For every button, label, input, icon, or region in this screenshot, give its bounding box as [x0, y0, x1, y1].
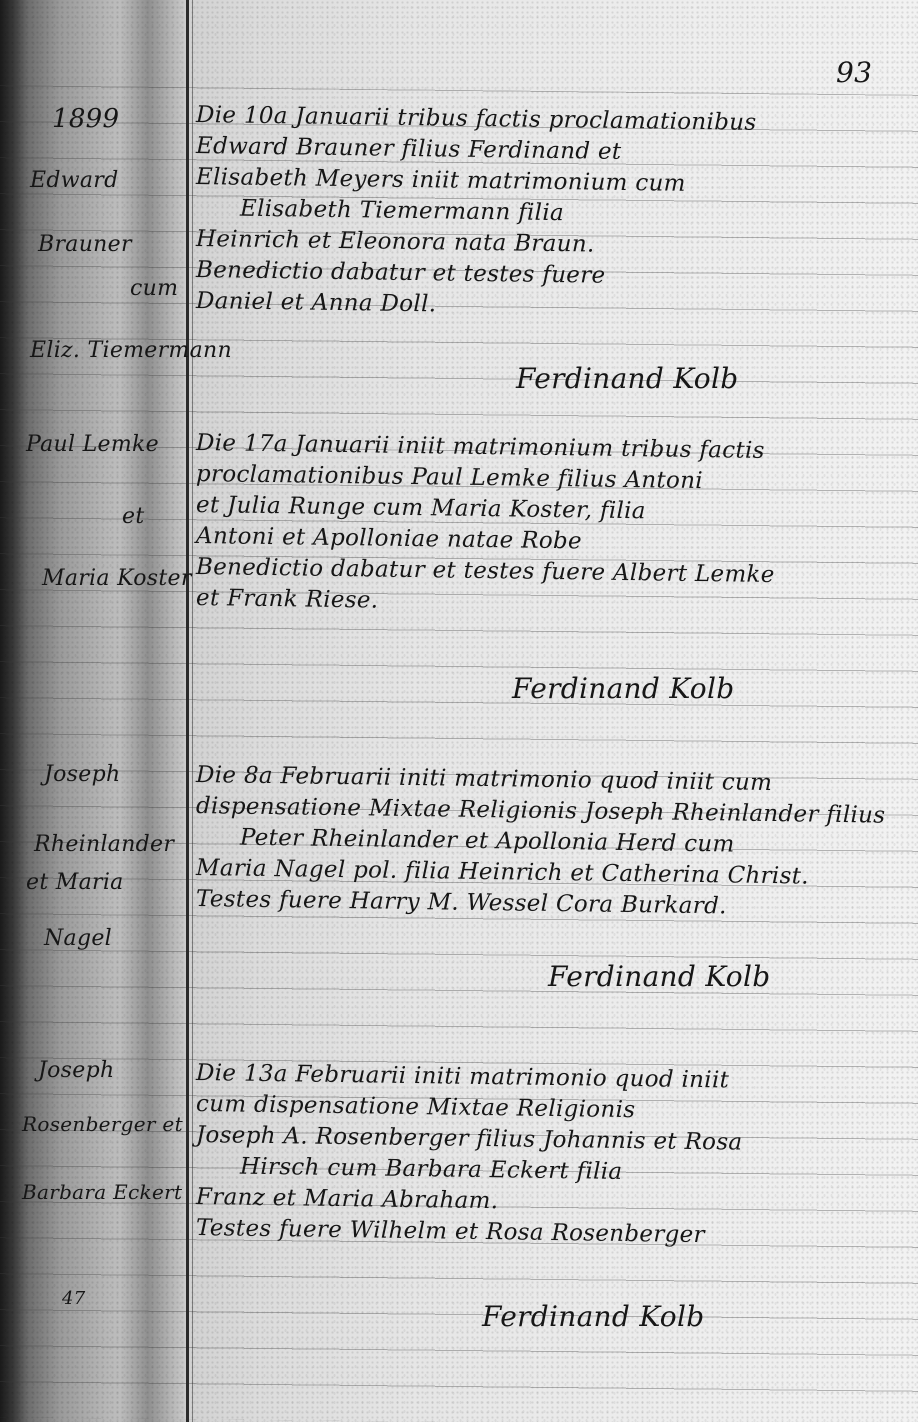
page-number: 93 [836, 56, 872, 89]
register-entry: Die 17a Januarii iniit matrimonium tribu… [196, 428, 906, 614]
margin-name: Rheinlander [34, 832, 174, 857]
register-page: 93 1899 Edward Brauner cum Eliz. Tiemerm… [0, 0, 918, 1422]
margin-name: Paul Lemke [26, 432, 159, 457]
margin-name: Barbara Eckert [22, 1180, 182, 1204]
margin-name: Brauner [38, 232, 132, 257]
margin-name: et Maria [26, 870, 124, 895]
margin-rule [186, 0, 189, 1422]
margin-name: Eliz. Tiemermann [30, 338, 232, 363]
margin-conjunction: cum [130, 276, 178, 301]
margin-name: Joseph [38, 1058, 114, 1083]
priest-signature: Ferdinand Kolb [548, 960, 770, 993]
priest-signature: Ferdinand Kolb [482, 1300, 704, 1333]
margin-name: Edward [30, 168, 119, 193]
margin-name: Joseph [44, 762, 120, 787]
margin-conjunction: et [122, 504, 144, 529]
margin-name: Maria Koster [42, 566, 192, 591]
priest-signature: Ferdinand Kolb [516, 362, 738, 395]
margin-year: 1899 [52, 104, 119, 134]
margin-rule-secondary [192, 0, 193, 1422]
footer-mark: 47 [62, 1288, 86, 1309]
priest-signature: Ferdinand Kolb [512, 672, 734, 705]
register-entry: Die 8a Februarii initi matrimonio quod i… [196, 760, 906, 915]
margin-name: Rosenberger et [22, 1112, 183, 1136]
register-entry: Die 13a Februarii initi matrimonio quod … [196, 1058, 906, 1244]
margin-name: Nagel [44, 926, 112, 951]
register-entry: Die 10a Januarii tribus factis proclamat… [196, 100, 906, 317]
